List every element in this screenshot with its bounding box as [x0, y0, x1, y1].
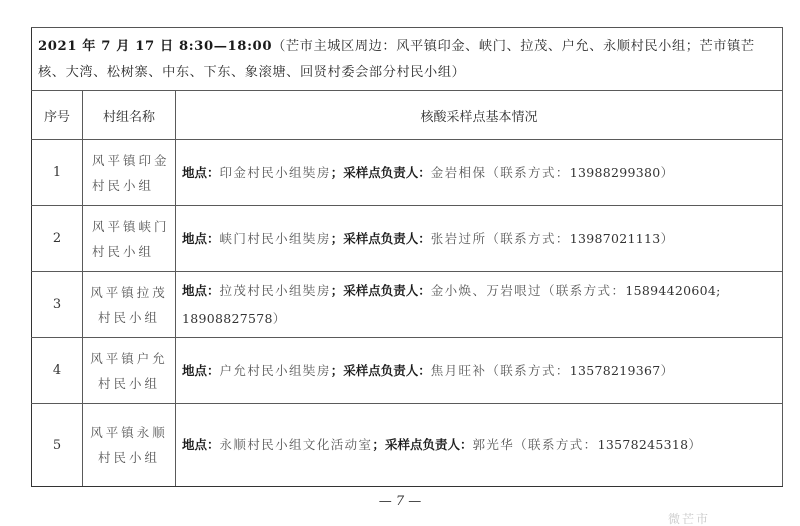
separator: ； — [331, 363, 344, 378]
name-line-2: 村民小组 — [92, 173, 175, 198]
person-label: 采样点负责人： — [343, 363, 431, 378]
village-group-name: 风平镇户允村民小组 — [83, 338, 176, 404]
header-no: 序号 — [32, 91, 83, 140]
person-label: 采样点负责人： — [385, 437, 473, 452]
name-line-1: 风平镇永顺 — [83, 420, 175, 445]
table-row: 4 风平镇户允村民小组 地点：户允村民小组奘房；采样点负责人：焦月旺补（联系方式… — [32, 338, 783, 404]
village-group-name: 风平镇峡门村民小组 — [83, 206, 176, 272]
contact-open: （联系方式： — [486, 231, 569, 246]
banner-row: 2021 年 7 月 17 日 8:30—18:00（芒市主城区周边：风平镇印金… — [32, 28, 783, 91]
village-group-name: 风平镇拉茂村民小组 — [83, 272, 176, 338]
contact-close: ） — [661, 363, 675, 378]
location-value: 户允村民小组奘房 — [220, 363, 331, 378]
header-name: 村组名称 — [83, 91, 176, 140]
table-row: 1 风平镇印金村民小组 地点：印金村民小组奘房；采样点负责人：金岩相保（联系方式… — [32, 140, 783, 206]
phone-value: 13987021113 — [570, 231, 661, 246]
location-value: 拉茂村民小组奘房 — [220, 283, 331, 298]
location-value: 印金村民小组奘房 — [220, 165, 331, 180]
banner-date-time: 2021 年 7 月 17 日 8:30—18:00 — [38, 39, 272, 54]
row-number: 2 — [32, 206, 83, 272]
contact-close: ） — [661, 165, 675, 180]
header-info: 核酸采样点基本情况 — [176, 91, 783, 140]
person-value: 金岩相保 — [431, 165, 487, 180]
person-value: 金小焕、万岩哏过 — [431, 283, 542, 298]
contact-open: （联系方式： — [486, 363, 569, 378]
phone-value-2: 18908827578 — [182, 311, 273, 326]
name-line-2: 村民小组 — [83, 305, 175, 330]
schedule-banner: 2021 年 7 月 17 日 8:30—18:00（芒市主城区周边：风平镇印金… — [32, 28, 783, 91]
village-group-name: 风平镇永顺村民小组 — [83, 404, 176, 487]
person-value: 焦月旺补 — [431, 363, 487, 378]
contact-close: ） — [688, 437, 702, 452]
person-label: 采样点负责人： — [343, 165, 431, 180]
name-line-1: 风平镇峡门 — [92, 214, 175, 239]
contact-close: ） — [273, 311, 287, 326]
location-value: 峡门村民小组奘房 — [220, 231, 331, 246]
table-row: 5 风平镇永顺村民小组 地点：永顺村民小组文化活动室；采样点负责人：郭光华（联系… — [32, 404, 783, 487]
name-line-2: 村民小组 — [92, 239, 175, 264]
separator: ； — [331, 165, 344, 180]
row-number: 5 — [32, 404, 83, 487]
row-number: 3 — [32, 272, 83, 338]
location-value: 永顺村民小组文化活动室 — [220, 437, 373, 452]
table-row: 3 风平镇拉茂村民小组 地点：拉茂村民小组奘房；采样点负责人：金小焕、万岩哏过（… — [32, 272, 783, 338]
person-label: 采样点负责人： — [343, 283, 431, 298]
phone-value: 13578219367 — [570, 363, 661, 378]
separator: ； — [331, 231, 344, 246]
site-info: 地点：户允村民小组奘房；采样点负责人：焦月旺补（联系方式：13578219367… — [176, 338, 783, 404]
person-label: 采样点负责人： — [343, 231, 431, 246]
name-line-1: 风平镇印金 — [92, 148, 175, 173]
location-label: 地点： — [182, 165, 220, 180]
location-label: 地点： — [182, 283, 220, 298]
name-line-2: 村民小组 — [83, 371, 175, 396]
name-line-2: 村民小组 — [83, 445, 175, 470]
contact-open: （联系方式： — [514, 437, 597, 452]
contact-close: ） — [661, 231, 675, 246]
phone-value: 13988299380 — [570, 165, 661, 180]
separator: ； — [331, 283, 344, 298]
site-info: 地点：永顺村民小组文化活动室；采样点负责人：郭光华（联系方式：135782453… — [176, 404, 783, 487]
name-line-1: 风平镇拉茂 — [83, 280, 175, 305]
site-info: 地点：峡门村民小组奘房；采样点负责人：张岩过所（联系方式：13987021113… — [176, 206, 783, 272]
name-line-1: 风平镇户允 — [83, 346, 175, 371]
sampling-sites-table: 2021 年 7 月 17 日 8:30—18:00（芒市主城区周边：风平镇印金… — [31, 27, 783, 487]
source-watermark: 微芒市 — [668, 510, 798, 526]
table-row: 2 风平镇峡门村民小组 地点：峡门村民小组奘房；采样点负责人：张岩过所（联系方式… — [32, 206, 783, 272]
row-number: 4 — [32, 338, 83, 404]
contact-open: （联系方式： — [542, 283, 625, 298]
location-label: 地点： — [182, 363, 220, 378]
site-info: 地点：印金村民小组奘房；采样点负责人：金岩相保（联系方式：13988299380… — [176, 140, 783, 206]
site-info: 地点：拉茂村民小组奘房；采样点负责人：金小焕、万岩哏过（联系方式：1589442… — [176, 272, 783, 338]
separator: ； — [372, 437, 385, 452]
column-header-row: 序号 村组名称 核酸采样点基本情况 — [32, 91, 783, 140]
row-number: 1 — [32, 140, 83, 206]
phone-value: 15894420604; — [625, 283, 720, 298]
village-group-name: 风平镇印金村民小组 — [83, 140, 176, 206]
page-number: — 7 — — [370, 494, 430, 509]
location-label: 地点： — [182, 231, 220, 246]
contact-open: （联系方式： — [486, 165, 569, 180]
location-label: 地点： — [182, 437, 220, 452]
person-value: 张岩过所 — [431, 231, 487, 246]
person-value: 郭光华 — [472, 437, 514, 452]
phone-value: 13578245318 — [598, 437, 689, 452]
